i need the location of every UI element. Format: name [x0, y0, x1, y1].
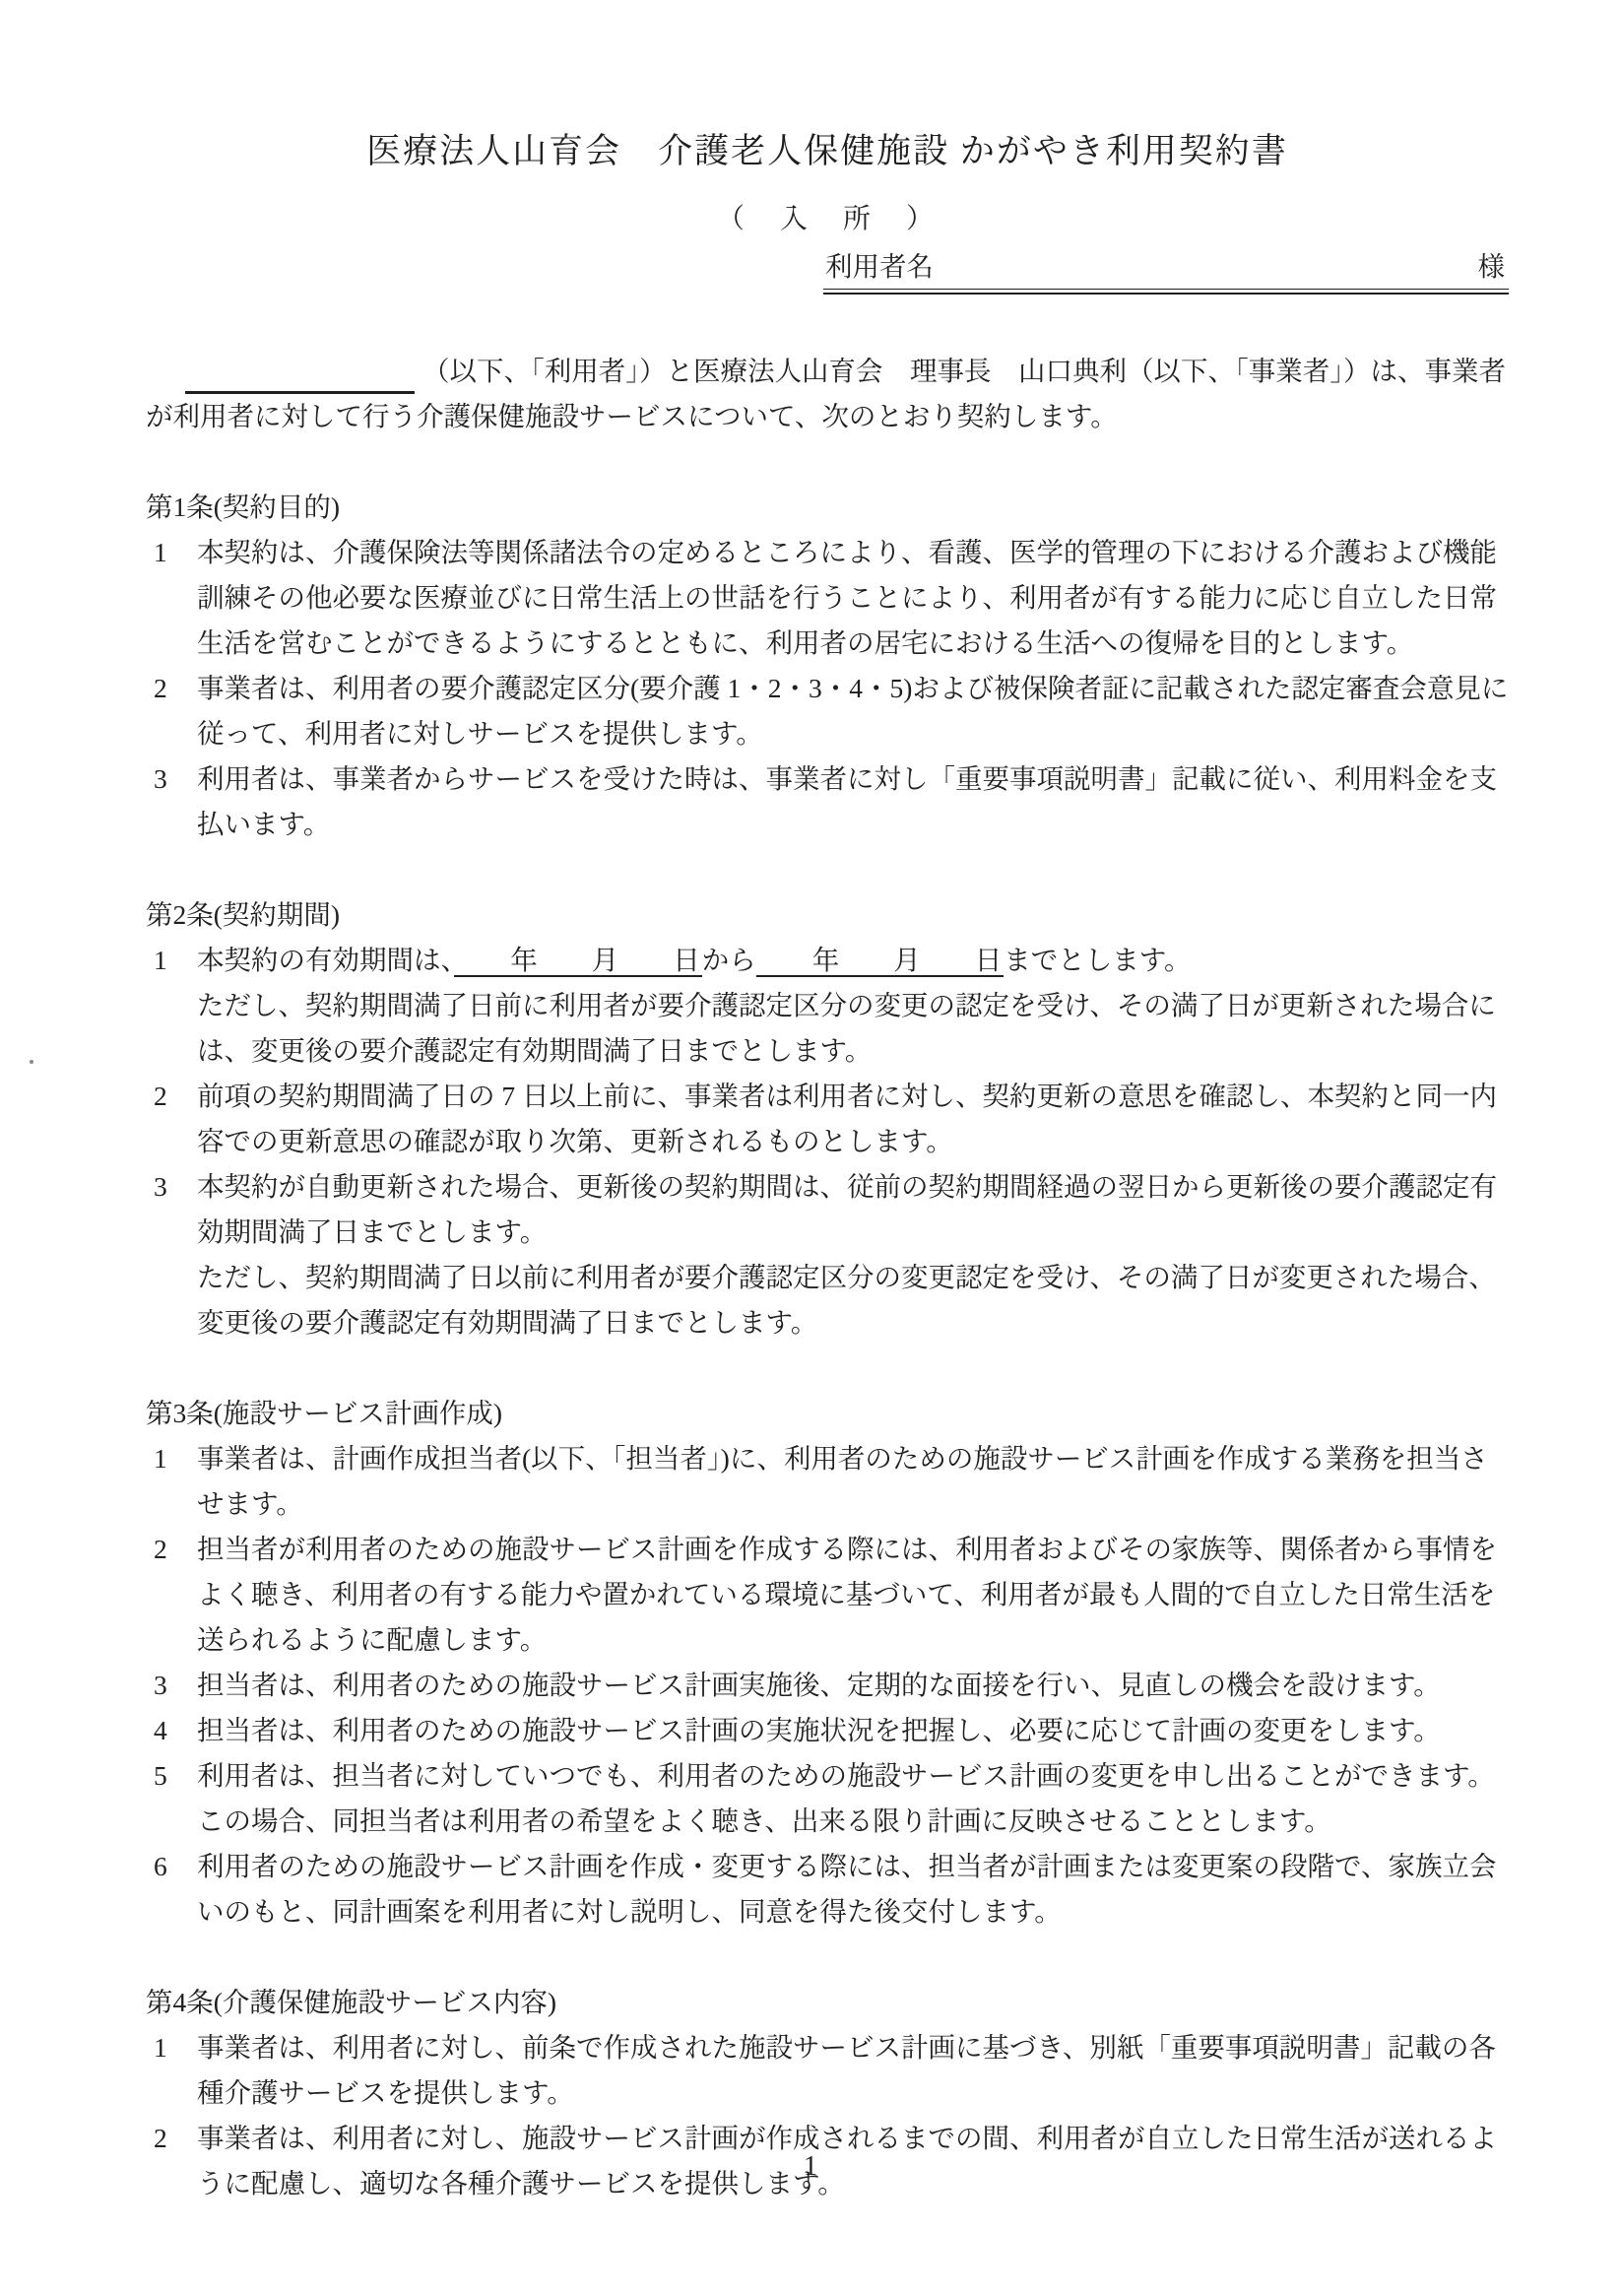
date-line-suffix: までとします。	[1004, 945, 1191, 975]
user-name-label: 利用者名	[825, 250, 934, 284]
user-name-honorific: 様	[1478, 250, 1506, 284]
party-name-blank-field	[185, 362, 415, 394]
proviso-text: ただし、契約期間満了日以前に利用者が要介護認定区分の変更認定を受け、その満了日が…	[197, 1255, 1509, 1345]
item-number: 2	[154, 1527, 167, 1572]
item-number: 1	[154, 2025, 167, 2070]
contract-document-page: 医療法人山育会 介護老人保健施設 かがやき利用契約書 （ 入 所 ） 利用者名 …	[0, 0, 1621, 2296]
item-number: 3	[154, 1663, 167, 1708]
article-3-item-1: 1 事業者は、計画作成担当者(以下、「担当者」)に、利用者のための施設サービス計…	[146, 1436, 1509, 1527]
section-article-1: 第1条(契約目的) 1 本契約は、介護保険法等関係諸法令の定めるところにより、看…	[146, 485, 1509, 847]
date-line-prefix: 本契約の有効期間は、	[197, 945, 454, 975]
article-1-heading: 第1条(契約目的)	[146, 485, 1509, 530]
article-3-heading: 第3条(施設サービス計画作成)	[146, 1391, 1509, 1436]
item-number: 1	[154, 938, 167, 983]
item-number: 5	[154, 1753, 167, 1799]
article-2-item-2: 2 前項の契約期間満了日の 7 日以上前に、事業者は利用者に対し、契約更新の意思…	[146, 1074, 1509, 1164]
article-3-item-2: 2 担当者が利用者のための施設サービス計画を作成する際には、利用者およびその家族…	[146, 1527, 1509, 1663]
item-number: 2	[154, 1074, 167, 1119]
item-number: 6	[154, 1844, 167, 1889]
article-3-item-5: 5 利用者は、担当者に対していつでも、利用者のための施設サービス計画の変更を申し…	[146, 1753, 1509, 1844]
item-text: 事業者は、計画作成担当者(以下、「担当者」)に、利用者のための施設サービス計画を…	[197, 1436, 1509, 1527]
proviso-text: ただし、契約期間満了日前に利用者が要介護認定区分の変更の認定を受け、その満了日が…	[197, 983, 1509, 1074]
document-content: 医療法人山育会 介護老人保健施設 かがやき利用契約書 （ 入 所 ） 利用者名 …	[0, 0, 1621, 2206]
item-text: 事業者は、利用者の要介護認定区分(要介護 1・2・3・4・5)および被保険者証に…	[197, 666, 1509, 756]
item-number: 3	[154, 1164, 167, 1210]
date-line-mid: から	[702, 945, 756, 975]
article-3-item-3: 3 担当者は、利用者のための施設サービス計画実施後、定期的な面接を行い、見直しの…	[146, 1663, 1509, 1708]
article-3-item-6: 6 利用者のための施設サービス計画を作成・変更する際には、担当者が計画または変更…	[146, 1844, 1509, 1935]
article-2-item-1: 1 本契約の有効期間は、 年 月 日から 年 月 日までとします。 ただし、契約…	[146, 938, 1509, 1074]
article-3-item-4: 4 担当者は、利用者のための施設サービス計画の実施状況を把握し、必要に応じて計画…	[146, 1708, 1509, 1753]
intro-paragraph: （以下、「利用者」）と医療法人山育会 理事長 山口典利（以下、「事業者」）は、事…	[146, 349, 1509, 439]
start-date-blank-field: 年 月 日	[454, 945, 702, 977]
article-4-item-1: 1 事業者は、利用者に対し、前条で作成された施設サービス計画に基づき、別紙「重要…	[146, 2025, 1509, 2116]
item-number: 4	[154, 1708, 167, 1753]
article-4-heading: 第4条(介護保健施設サービス内容)	[146, 1980, 1509, 2025]
item-number: 1	[154, 530, 167, 575]
section-article-3: 第3条(施設サービス計画作成) 1 事業者は、計画作成担当者(以下、「担当者」)…	[146, 1391, 1509, 1935]
item-text: 利用者は、担当者に対していつでも、利用者のための施設サービス計画の変更を申し出る…	[197, 1753, 1509, 1844]
item-text: 本契約は、介護保険法等関係諸法令の定めるところにより、看護、医学的管理の下におけ…	[197, 530, 1509, 666]
item-text: 利用者は、事業者からサービスを受けた時は、事業者に対し「重要事項説明書」記載に従…	[197, 756, 1509, 847]
page-number: 1	[0, 2144, 1621, 2190]
item-number: 2	[154, 666, 167, 711]
item-number: 1	[154, 1436, 167, 1481]
article-1-item-1: 1 本契約は、介護保険法等関係諸法令の定めるところにより、看護、医学的管理の下に…	[146, 530, 1509, 666]
article-1-item-3: 3 利用者は、事業者からサービスを受けた時は、事業者に対し「重要事項説明書」記載…	[146, 756, 1509, 847]
scan-artifact-dot	[30, 1060, 33, 1064]
article-2-heading: 第2条(契約期間)	[146, 892, 1509, 938]
document-subtitle: （ 入 所 ）	[146, 203, 1509, 236]
item-text: 担当者は、利用者のための施設サービス計画実施後、定期的な面接を行い、見直しの機会…	[197, 1663, 1509, 1708]
end-date-blank-field: 年 月 日	[756, 945, 1005, 977]
item-text: 本契約が自動更新された場合、更新後の契約期間は、従前の契約期間経過の翌日から更新…	[197, 1164, 1509, 1255]
item-text: 利用者のための施設サービス計画を作成・変更する際には、担当者が計画または変更案の…	[197, 1844, 1509, 1935]
contract-period-line: 本契約の有効期間は、 年 月 日から 年 月 日までとします。	[197, 938, 1509, 983]
item-number: 3	[154, 756, 167, 802]
section-article-2: 第2条(契約期間) 1 本契約の有効期間は、 年 月 日から 年 月 日までとし…	[146, 892, 1509, 1345]
article-1-item-2: 2 事業者は、利用者の要介護認定区分(要介護 1・2・3・4・5)および被保険者…	[146, 666, 1509, 756]
user-name-line: 利用者名 様	[823, 250, 1509, 290]
article-2-item-3: 3 本契約が自動更新された場合、更新後の契約期間は、従前の契約期間経過の翌日から…	[146, 1164, 1509, 1345]
document-title: 医療法人山育会 介護老人保健施設 かがやき利用契約書	[146, 130, 1509, 173]
item-text: 担当者が利用者のための施設サービス計画を作成する際には、利用者およびその家族等、…	[197, 1527, 1509, 1663]
item-text: 担当者は、利用者のための施設サービス計画の実施状況を把握し、必要に応じて計画の変…	[197, 1708, 1509, 1753]
item-text: 事業者は、利用者に対し、前条で作成された施設サービス計画に基づき、別紙「重要事項…	[197, 2025, 1509, 2116]
item-text: 前項の契約期間満了日の 7 日以上前に、事業者は利用者に対し、契約更新の意思を確…	[197, 1074, 1509, 1164]
